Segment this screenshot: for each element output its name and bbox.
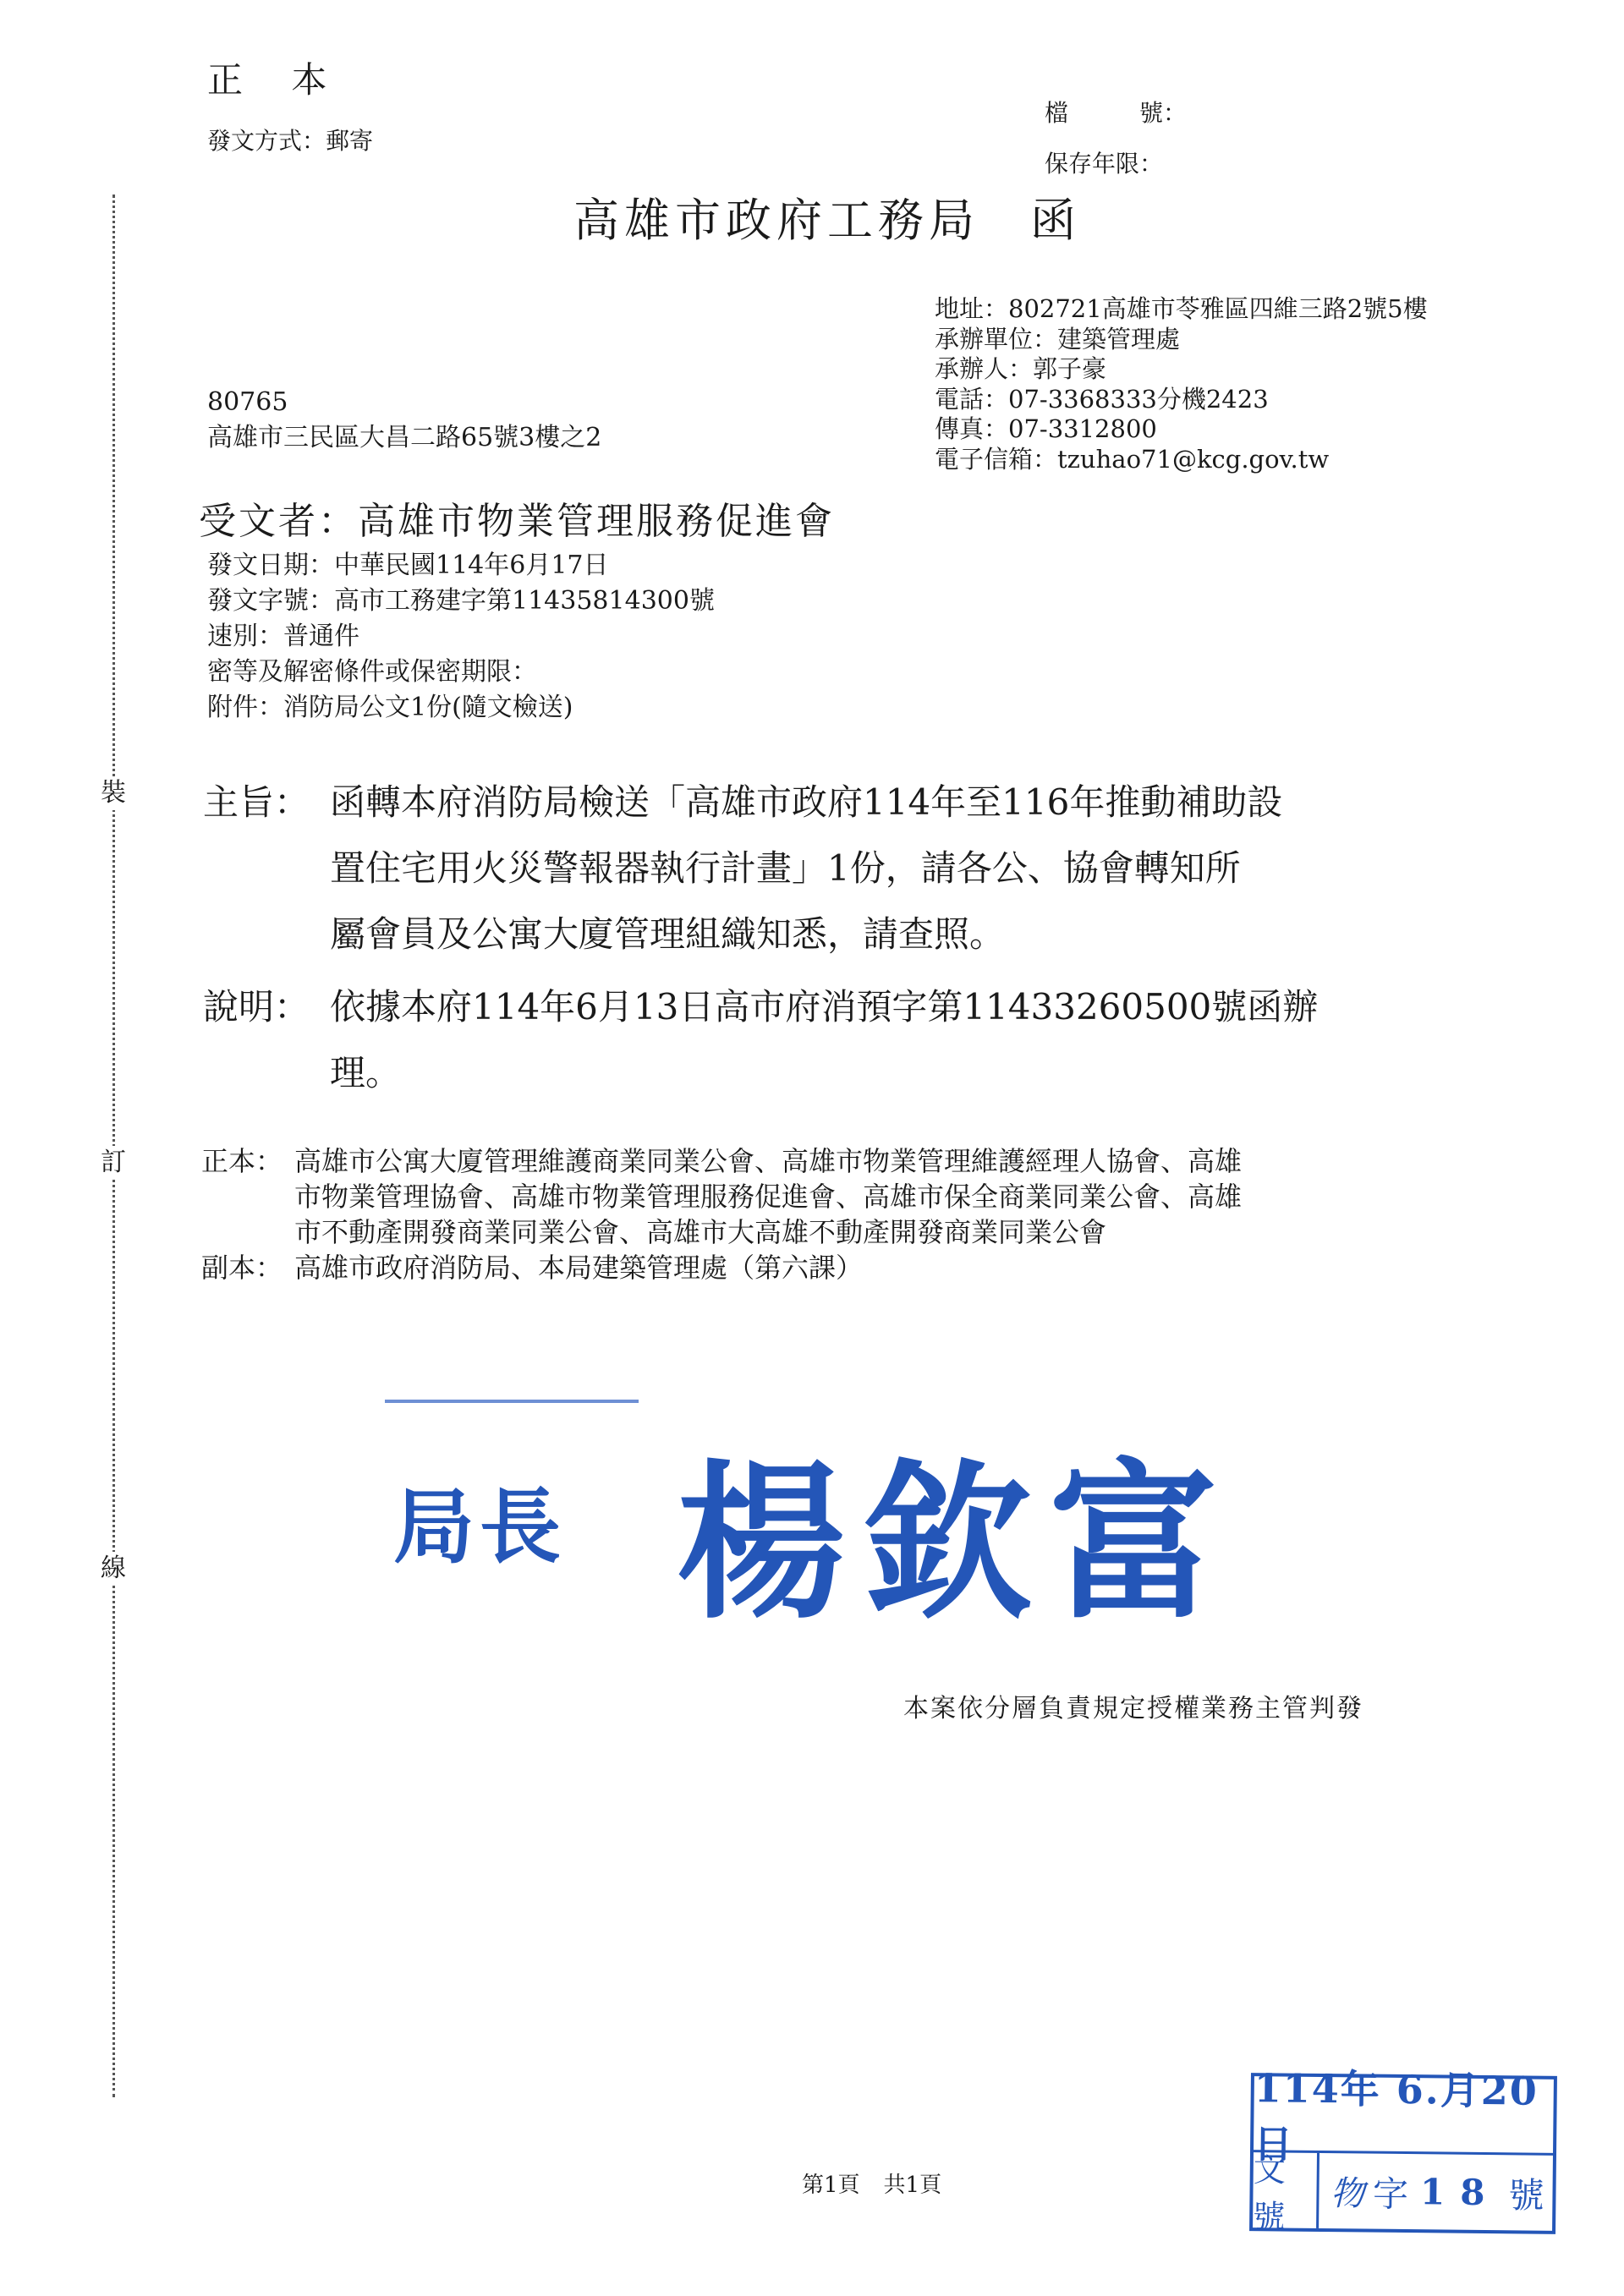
send-method: 發文方式：郵寄 (207, 123, 373, 156)
file-number: 檔 號： (1045, 95, 1187, 129)
stamp-number: 18 (1420, 2171, 1501, 2213)
subject-line: 置住宅用火災警報器執行計畫」1份，請各公、協會轉知所 (330, 836, 1282, 901)
contact-fax: 傳真：07-3312800 (935, 414, 1428, 445)
urgency: 速別：普通件 (207, 619, 715, 655)
send-method-label: 發文方式： (207, 127, 326, 155)
copy-recipients-label: 副本： (201, 1250, 294, 1285)
copy-mark: 正 本 (207, 52, 345, 103)
original-recipients-line: 高雄市公寓大廈管理維護商業同業公會、高雄市物業管理維護經理人協會、高雄 (294, 1143, 1242, 1179)
subject-label: 主旨： (203, 770, 330, 967)
subject-line: 函轉本府消防局檢送「高雄市政府114年至116年推動補助設 (330, 770, 1282, 836)
binding-mark-ding: 訂 (98, 1146, 129, 1180)
original-recipients-line: 市不動產開發商業同業公會、高雄市大高雄不動產開發商業同業公會 (294, 1214, 1242, 1250)
confidentiality: 密等及解密條件或保密期限： (207, 655, 715, 690)
contact-unit: 承辦單位：建築管理處 (935, 325, 1428, 355)
recipient-postal-code: 80765 (207, 385, 601, 420)
contact-handler: 承辦人：郭子豪 (935, 354, 1428, 385)
receiver: 受文者：高雄市物業管理服務促進會 (199, 490, 835, 545)
stamp-word: 字 (1373, 2166, 1409, 2217)
retention-label: 保存年限： (1045, 150, 1163, 178)
delegation-note: 本案依分層負責規定授權業務主管判發 (903, 1687, 1363, 1724)
document-type: 函 (1030, 194, 1081, 247)
file-number-label: 檔 號 (1045, 95, 1163, 129)
explanation-line: 依據本府114年6月13日高市府消預字第11433260500號函辦 (330, 974, 1318, 1040)
document-title: 高雄市政府工務局函 (573, 184, 1081, 249)
stamp-label: 文號 (1253, 2152, 1319, 2228)
distribution-section: 正本： 高雄市公寓大廈管理維護商業同業公會、高雄市物業管理維護經理人協會、高雄 … (201, 1143, 1242, 1285)
signature-title: 局長 (393, 1463, 566, 1579)
binding-mark-xian: 線 (98, 1552, 129, 1586)
original-recipients-line: 市物業管理協會、高雄市物業管理服務促進會、高雄市保全商業同業公會、高雄 (294, 1179, 1242, 1214)
page-total: 共1頁 (884, 2173, 942, 2198)
explanation-section: 說明： 依據本府114年6月13日高市府消預字第11433260500號函辦 理… (203, 974, 1318, 1106)
send-method-value: 郵寄 (326, 127, 373, 155)
stamp-handwritten-prefix: 物 (1330, 2167, 1365, 2215)
retention-period: 保存年限： (1045, 145, 1163, 179)
subject-line: 屬會員及公寓大廈管理組織知悉，請查照。 (330, 901, 1282, 967)
copy-recipients-line: 高雄市政府消防局、本局建築管理處（第六課） (294, 1250, 863, 1285)
contact-block: 地址：802721高雄市苓雅區四維三路2號5樓 承辦單位：建築管理處 承辦人：郭… (935, 294, 1428, 474)
subject-section: 主旨： 函轉本府消防局檢送「高雄市政府114年至116年推動補助設 置住宅用火災… (203, 770, 1282, 967)
recipient-address: 高雄市三民區大昌二路65號3樓之2 (207, 420, 601, 456)
issue-date: 發文日期：中華民國114年6月17日 (207, 548, 715, 584)
contact-email: 電子信箱：tzuhao71@kcg.gov.tw (935, 445, 1428, 475)
received-date-stamp: 114年 6.月20日 文號 物 字 18 號 (1249, 2073, 1557, 2234)
document-meta: 發文日期：中華民國114年6月17日 發文字號：高市工務建字第114358143… (207, 548, 715, 726)
contact-phone: 電話：07-3368333分機2423 (935, 385, 1428, 415)
recipient-mailing-address: 80765 高雄市三民區大昌二路65號3樓之2 (207, 385, 601, 456)
receiver-name: 高雄市物業管理服務促進會 (358, 500, 835, 543)
attachment: 附件：消防局公文1份(隨文檢送) (207, 690, 715, 726)
file-number-value: ： (1163, 99, 1187, 127)
binding-mark-zhuang: 裝 (98, 776, 129, 810)
signature-name: 楊欽富 (677, 1408, 1235, 1651)
agency-name: 高雄市政府工務局 (573, 194, 979, 247)
signature-stamp-rule (385, 1400, 639, 1403)
explanation-label: 說明： (203, 974, 330, 1106)
contact-address: 地址：802721高雄市苓雅區四維三路2號5樓 (935, 294, 1428, 325)
page-current: 第1頁 (802, 2173, 860, 2198)
page-footer: 第1頁共1頁 (802, 2167, 941, 2199)
stamp-suffix: 號 (1508, 2167, 1553, 2219)
explanation-line: 理。 (330, 1040, 1318, 1106)
document-number: 發文字號：高市工務建字第11435814300號 (207, 584, 715, 619)
receiver-label: 受文者： (199, 500, 358, 543)
original-recipients-label: 正本： (201, 1143, 294, 1250)
